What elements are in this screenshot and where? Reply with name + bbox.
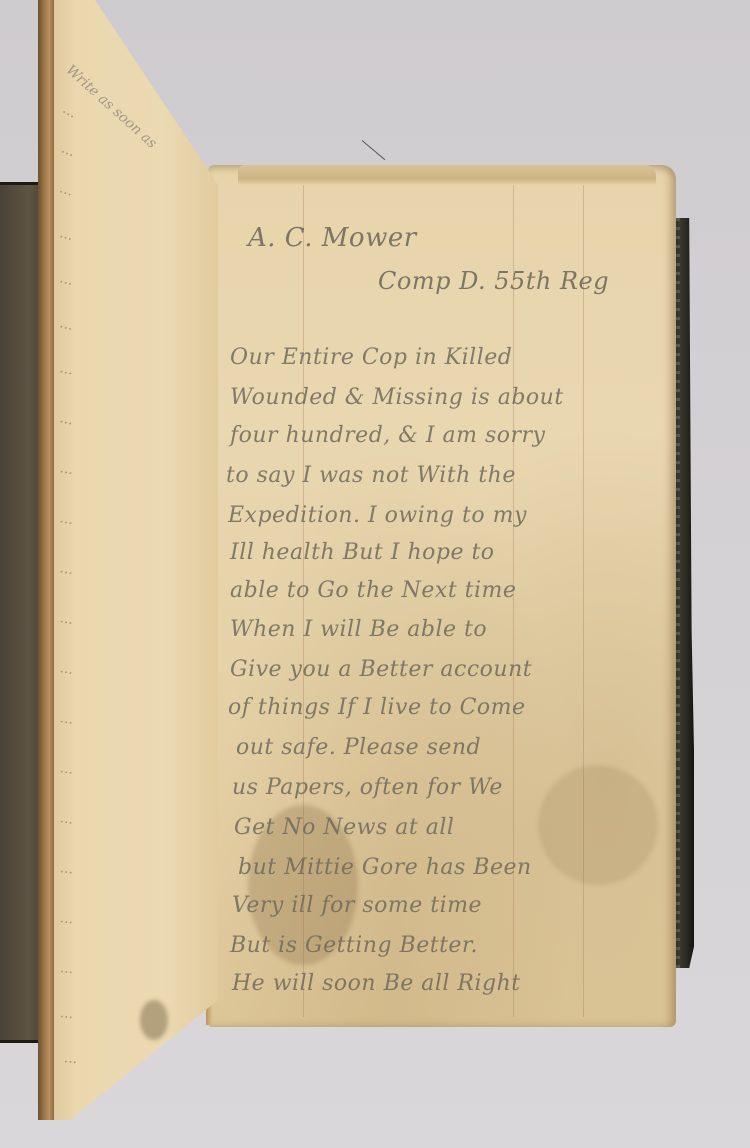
handwritten-line: ...	[58, 360, 74, 378]
handwritten-line: ...	[58, 410, 74, 428]
handwritten-line: Very ill for some time	[232, 893, 482, 918]
handwritten-line: ...	[63, 1050, 78, 1067]
handwritten-line: ...	[59, 960, 74, 977]
handwritten-line: Give you a Better account	[230, 657, 532, 682]
handwritten-line: ...	[58, 270, 75, 289]
handwritten-line: Ill health But I hope to	[230, 540, 495, 565]
handwritten-line: ...	[59, 1005, 74, 1022]
right-page: A. C. Mower Comp D. 55th Reg Our Entire …	[208, 165, 676, 1027]
handwritten-line: ...	[60, 101, 80, 122]
handwritten-line: ...	[59, 710, 74, 728]
handwritten-line: ...	[59, 860, 74, 878]
handwritten-line: When I will Be able to	[230, 617, 487, 642]
page-rule-line	[583, 185, 584, 1017]
left-page-folded: Write as soon as ... ... ... ... ... ...…	[40, 0, 218, 1120]
handwritten-line: ...	[58, 225, 75, 244]
handwritten-line: of things If I live to Come	[228, 695, 526, 720]
handwritten-line: ...	[59, 660, 75, 678]
handwritten-line: Wounded & Missing is about	[230, 385, 564, 410]
handwritten-line: ...	[59, 560, 75, 578]
handwritten-line: ...	[59, 610, 75, 628]
handwritten-line: ...	[59, 760, 74, 778]
handwritten-line: Expedition. I owing to my	[228, 503, 527, 528]
handwritten-line: He will soon Be all Right	[232, 971, 521, 996]
handwritten-line: ...	[58, 180, 76, 199]
handwritten-line: to say I was not With the	[226, 463, 516, 488]
handwritten-line: able to Go the Next time	[230, 578, 516, 603]
page-block-edge	[38, 0, 54, 1120]
handwritten-line: four hundred, & I am sorry	[230, 423, 546, 448]
handwritten-line: But is Getting Better.	[230, 933, 478, 958]
handwritten-line: out safe. Please send	[236, 735, 481, 760]
handwritten-line: ...	[59, 910, 74, 928]
handwritten-line: ...	[59, 141, 77, 161]
writer-unit: Comp D. 55th Reg	[378, 267, 609, 295]
handwritten-line: but Mittie Gore has Been	[238, 855, 532, 880]
handwritten-line: Our Entire Cop in Killed	[230, 345, 512, 370]
handwritten-line: ...	[58, 315, 75, 334]
handwritten-line: us Papers, often for We	[232, 775, 503, 800]
handwritten-line: ...	[59, 460, 75, 478]
handwritten-line: Get No News at all	[234, 815, 454, 840]
ink-blot	[140, 1000, 168, 1040]
water-stain	[538, 765, 658, 885]
page-top-edge	[238, 165, 656, 185]
writer-name: A. C. Mower	[248, 223, 417, 253]
handwritten-line: ...	[59, 810, 74, 828]
handwritten-line: ...	[59, 510, 75, 528]
